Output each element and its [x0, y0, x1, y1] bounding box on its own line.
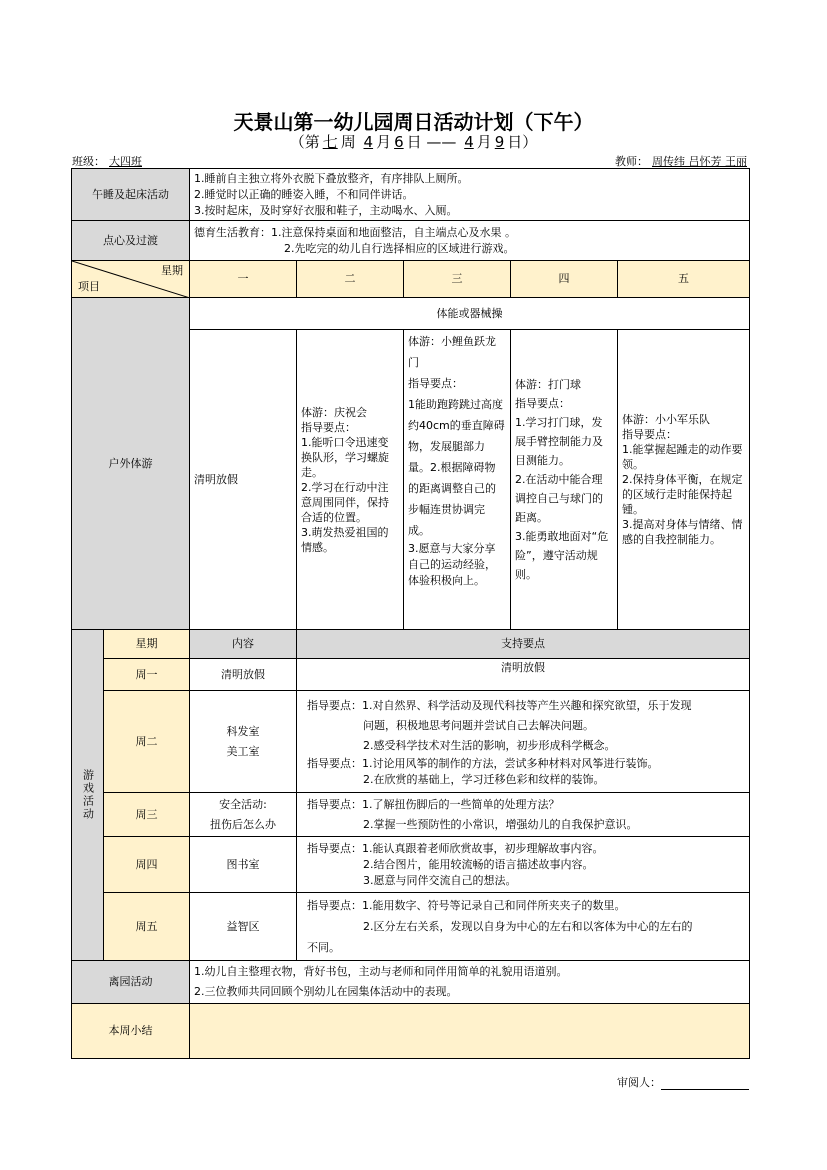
games-point-line: 指导要点：1.讨论用风筝的制作的方法，尝试多种材料对风筝进行装饰。 — [307, 756, 745, 772]
games-row-thu: 周四 图书室 指导要点：1.能认真跟着老师欣赏故事，初步理解故事内容。 2.结合… — [72, 837, 750, 893]
outdoor-mon: 清明放假 — [190, 330, 297, 630]
snack-label: 点心及过渡 — [72, 221, 190, 261]
games-point-line: 2.结合图片，能用较流畅的语言描述故事内容。 — [307, 857, 745, 873]
outdoor-text: 指导要点： — [301, 420, 399, 435]
start-day: 6 — [391, 133, 407, 151]
games-point-line: 2.掌握一些预防性的小常识，增强幼儿的自我保护意识。 — [307, 815, 745, 835]
week-suffix: 周 — [341, 133, 356, 151]
games-row-wed: 周三 安全活动: 扭伤后怎么办 指导要点：1.了解扭伤脚后的一些简单的处理方法？… — [72, 793, 750, 837]
class-label: 班级： — [72, 155, 105, 168]
reviewer-label: 审阅人： — [617, 1076, 661, 1089]
games-content: 益智区 — [190, 893, 297, 961]
outdoor-label: 户外体游 — [72, 298, 190, 630]
games-content: 清明放假 — [190, 659, 297, 691]
games-day: 周五 — [104, 893, 190, 961]
games-content: 科发室 美工室 — [190, 691, 297, 793]
date-separator: 日 —— — [407, 133, 457, 151]
games-day: 周四 — [104, 837, 190, 893]
outdoor-banner: 体能或器械操 — [190, 298, 750, 330]
games-label: 游戏活动 — [72, 630, 104, 961]
teacher-info: 教师：周传纬 吕怀芳 王丽 — [615, 153, 751, 169]
games-day: 周一 — [104, 659, 190, 691]
date-range: （第七周 4月6日 —— 4月9日） — [0, 131, 827, 152]
outdoor-fri: 体游：小小军乐队 指导要点： 1.能掌握起踵走的动作要领。 2.保持身体平衡，在… — [618, 330, 750, 630]
nap-line: 1.睡前自主独立将外衣脱下叠放整齐，有序排队上厕所。 — [194, 171, 745, 187]
games-points: 清明放假 — [297, 659, 750, 691]
class-info: 班级：大四班 — [72, 153, 178, 169]
date-suffix: 日） — [507, 133, 537, 151]
day-header-thu: 四 — [511, 261, 618, 298]
games-content-line: 美工室 — [194, 742, 292, 762]
outdoor-text: 1能助跑跨跳过高度约40cm的垂直障碍物，发展腿部力量。2.根据障碍物的距离调整… — [408, 394, 506, 541]
outdoor-text: 3.能勇敢地面对“危险”，遵守活动规则。 — [515, 527, 613, 584]
games-point-line: 2.区分左右关系，发现以自身为中心的左右和以客体为中心的左右的 — [307, 916, 745, 937]
summary-field[interactable] — [190, 1004, 750, 1059]
games-header-day: 星期 — [104, 630, 190, 659]
outdoor-text: 指导要点： — [622, 427, 745, 442]
games-row-mon: 周一 清明放假 清明放假 — [72, 659, 750, 691]
outdoor-text: 1.能掌握起踵走的动作要领。 — [622, 442, 745, 472]
games-point-line: 不同。 — [307, 937, 745, 958]
games-points: 指导要点：1.能用数字、符号等记录自己和同伴所夹夹子的数里。 2.区分左右关系，… — [297, 893, 750, 961]
teacher-value: 周传纬 吕怀芳 王丽 — [648, 155, 751, 168]
outdoor-text: 2.保持身体平衡，在规定的区域行走时能保持起锺。 — [622, 472, 745, 517]
games-day: 周二 — [104, 691, 190, 793]
snack-row: 点心及过渡 德育生活教育：1.注意保持桌面和地面整洁，自主端点心及水果 。 2.… — [72, 221, 750, 261]
reviewer-signature: 审阅人： — [617, 1074, 749, 1090]
day-header-mon: 一 — [190, 261, 297, 298]
games-point-line: 指导要点：1.能认真跟着老师欣赏故事，初步理解故事内容。 — [307, 841, 745, 857]
diag-item-label: 项目 — [78, 279, 100, 295]
outdoor-thu: 体游：打门球 指导要点： 1.学习打门球，发展手臂控制能力及目测能力。 2.在活… — [511, 330, 618, 630]
outdoor-banner-row: 户外体游 体能或器械操 — [72, 298, 750, 330]
week-number: 七 — [320, 133, 341, 151]
day-header-tue: 二 — [297, 261, 404, 298]
week-header-row: 星期 项目 一 二 三 四 五 — [72, 261, 750, 298]
games-content-line: 安全活动: — [194, 795, 292, 815]
diagonal-header-cell: 星期 项目 — [72, 261, 190, 298]
nap-line: 3.按时起床，及时穿好衣服和鞋子，主动喝水、入厕。 — [194, 203, 745, 219]
diag-weekday-label: 星期 — [161, 263, 183, 279]
summary-label: 本周小结 — [72, 1004, 190, 1059]
outdoor-text: 体游：庆祝会 — [301, 405, 399, 420]
outdoor-text: 2.在活动中能合理调控自己与球门的距离。 — [515, 470, 613, 527]
games-content-line: 科发室 — [194, 722, 292, 742]
snack-line: 2.先吃完的幼儿自行选择相应的区域进行游戏。 — [194, 241, 745, 257]
nap-content: 1.睡前自主独立将外衣脱下叠放整齐，有序排队上厕所。 2.睡觉时以正确的睡姿入睡… — [190, 169, 750, 221]
nap-row: 午睡及起床活动 1.睡前自主独立将外衣脱下叠放整齐，有序排队上厕所。 2.睡觉时… — [72, 169, 750, 221]
outdoor-text: 3.提高对身体与情绪、情感的自我控制能力。 — [622, 517, 745, 547]
activity-plan-table: 午睡及起床活动 1.睡前自主独立将外衣脱下叠放整齐，有序排队上厕所。 2.睡觉时… — [71, 168, 750, 1059]
games-point-line: 问题，积极地思考问题并尝试自己去解决问题。 — [307, 716, 745, 736]
games-points: 指导要点：1.对自然界、科学活动及现代科技等产生兴趣和探究欲望，乐于发现 问题，… — [297, 691, 750, 793]
leave-line: 2.三位教师共同回顾个别幼儿在园集体活动中的表现。 — [194, 982, 745, 1002]
leave-line: 1.幼儿自主整理衣物，背好书包，主动与老师和同伴用简单的礼貌用语道别。 — [194, 962, 745, 982]
end-day: 9 — [492, 133, 508, 151]
nap-label: 午睡及起床活动 — [72, 169, 190, 221]
outdoor-text: 指导要点： — [408, 373, 506, 394]
games-point-line: 2.感受科学技术对生活的影响，初步形成科学概念。 — [307, 736, 745, 756]
month-char: 月 — [376, 133, 391, 151]
leave-content: 1.幼儿自主整理衣物，背好书包，主动与老师和同伴用简单的礼貌用语道别。 2.三位… — [190, 961, 750, 1004]
month-char: 月 — [477, 133, 492, 151]
outdoor-tue: 体游：庆祝会 指导要点： 1.能听口令迅速变换队形，学习螺旋走。 2.学习在行动… — [297, 330, 404, 630]
reviewer-signature-field[interactable] — [661, 1077, 749, 1090]
games-point-line: 指导要点：1.对自然界、科学活动及现代科技等产生兴趣和探究欲望，乐于发现 — [307, 696, 745, 716]
outdoor-text: 体游：小小军乐队 — [622, 412, 745, 427]
outdoor-text: 指导要点： — [515, 394, 613, 413]
games-points: 指导要点：1.了解扭伤脚后的一些简单的处理方法？ 2.掌握一些预防性的小常识，增… — [297, 793, 750, 837]
games-content: 安全活动: 扭伤后怎么办 — [190, 793, 297, 837]
day-header-fri: 五 — [618, 261, 750, 298]
games-row-tue: 周二 科发室 美工室 指导要点：1.对自然界、科学活动及现代科技等产生兴趣和探究… — [72, 691, 750, 793]
outdoor-text: 1.学习打门球，发展手臂控制能力及目测能力。 — [515, 413, 613, 470]
start-month: 4 — [361, 133, 377, 151]
snack-line: 德育生活教育：1.注意保持桌面和地面整洁，自主端点心及水果 。 — [194, 225, 745, 241]
outdoor-text: 3.萌发热爱祖国的情感。 — [301, 525, 399, 555]
outdoor-text: 3.愿意与大家分享自己的运动经验，体验积极向上。 — [408, 541, 506, 589]
games-header-points: 支持要点 — [297, 630, 750, 659]
snack-content: 德育生活教育：1.注意保持桌面和地面整洁，自主端点心及水果 。 2.先吃完的幼儿… — [190, 221, 750, 261]
outdoor-text: 体游：打门球 — [515, 375, 613, 394]
games-row-fri: 周五 益智区 指导要点：1.能用数字、符号等记录自己和同伴所夹夹子的数里。 2.… — [72, 893, 750, 961]
outdoor-text: 体游：小鲤鱼跃龙门 — [408, 331, 506, 373]
games-point-line: 指导要点：1.了解扭伤脚后的一些简单的处理方法？ — [307, 795, 745, 815]
outdoor-text: 2.学习在行动中注意周围同伴，保持合适的位置。 — [301, 480, 399, 525]
date-prefix: （第 — [290, 133, 320, 151]
games-content-line: 扭伤后怎么办 — [194, 815, 292, 835]
games-label-text: 游戏活动 — [80, 769, 96, 821]
outdoor-wed: 体游：小鲤鱼跃龙门 指导要点： 1能助跑跨跳过高度约40cm的垂直障碍物，发展腿… — [404, 330, 511, 630]
end-month: 4 — [461, 133, 477, 151]
games-header-row: 游戏活动 星期 内容 支持要点 — [72, 630, 750, 659]
leave-label: 离园活动 — [72, 961, 190, 1004]
leave-row: 离园活动 1.幼儿自主整理衣物，背好书包，主动与老师和同伴用简单的礼貌用语道别。… — [72, 961, 750, 1004]
games-points: 指导要点：1.能认真跟着老师欣赏故事，初步理解故事内容。 2.结合图片，能用较流… — [297, 837, 750, 893]
teacher-label: 教师： — [615, 155, 648, 168]
games-header-content: 内容 — [190, 630, 297, 659]
nap-line: 2.睡觉时以正确的睡姿入睡，不和同伴讲话。 — [194, 187, 745, 203]
games-content: 图书室 — [190, 837, 297, 893]
games-point-line: 指导要点：1.能用数字、符号等记录自己和同伴所夹夹子的数里。 — [307, 895, 745, 916]
games-point-line: 2.在欣赏的基础上，学习迁移色彩和纹样的装饰。 — [307, 772, 745, 788]
class-value: 大四班 — [105, 155, 178, 168]
outdoor-text: 1.能听口令迅速变换队形，学习螺旋走。 — [301, 435, 399, 480]
day-header-wed: 三 — [404, 261, 511, 298]
games-day: 周三 — [104, 793, 190, 837]
games-point-line: 3.愿意与同伴交流自己的想法。 — [307, 873, 745, 889]
outdoor-text: 清明放假 — [194, 473, 238, 486]
summary-row: 本周小结 — [72, 1004, 750, 1059]
